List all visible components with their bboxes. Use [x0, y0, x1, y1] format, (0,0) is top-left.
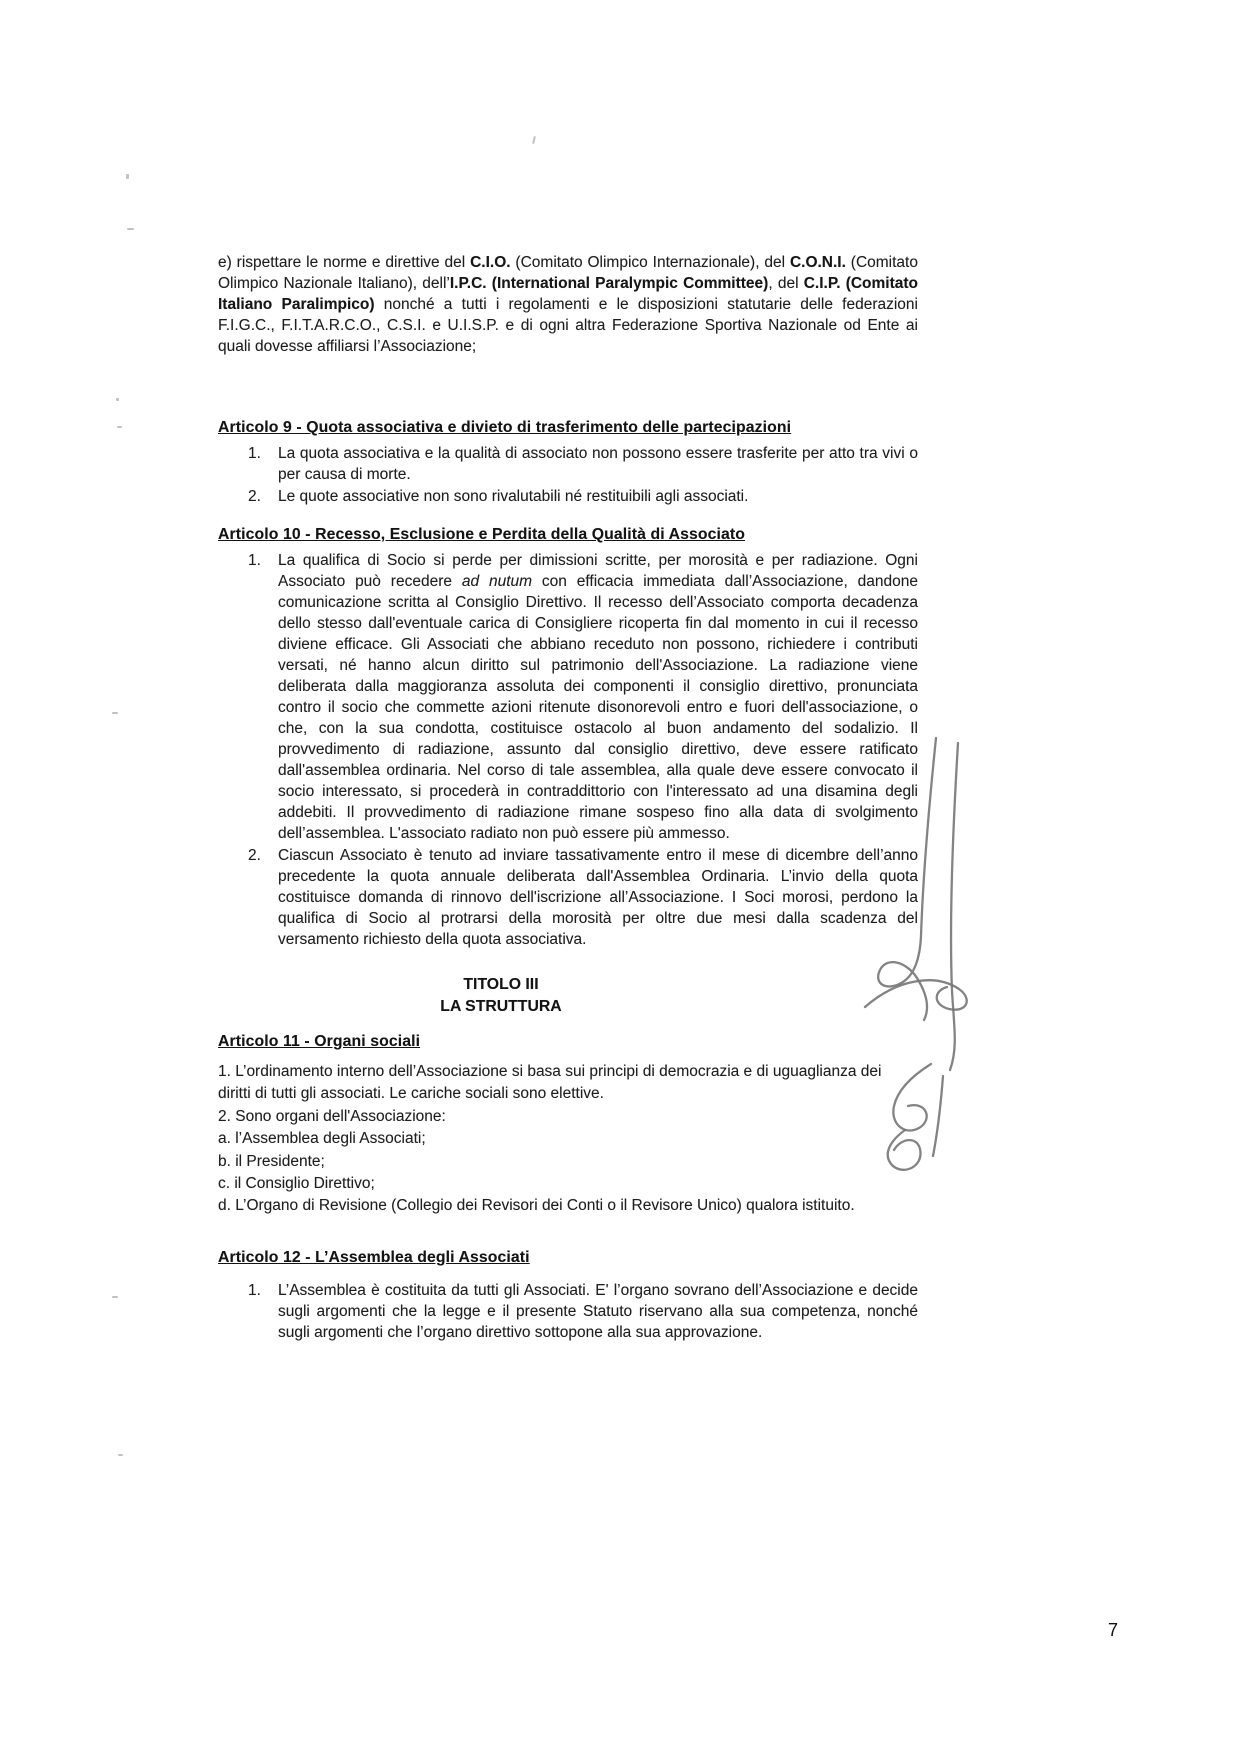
articolo-11-line: b. il Presidente;	[218, 1151, 918, 1173]
list-item: 1. La qualifica di Socio si perde per di…	[218, 550, 918, 844]
scan-artifact	[117, 426, 122, 428]
document-content: e) rispettare le norme e direttive del C…	[218, 252, 918, 1343]
list-item-number: 1.	[248, 443, 278, 464]
scan-artifact	[118, 1454, 123, 1456]
scan-artifact	[532, 136, 536, 144]
scan-artifact	[127, 228, 134, 230]
articolo-11-line: 2. Sono organi dell'Associazione:	[218, 1106, 918, 1128]
articolo-11-heading: Articolo 11 - Organi sociali	[218, 1031, 918, 1052]
clause-text-segment: e) rispettare le norme e direttive del	[218, 254, 470, 271]
list-item-text: La qualifica di Socio si perde per dimis…	[278, 550, 918, 844]
page-number: 7	[1108, 1620, 1118, 1641]
list-item-text: Le quote associative non sono rivalutabi…	[278, 486, 918, 507]
list-item-text: L’Assemblea è costituita da tutti gli As…	[278, 1280, 918, 1343]
clause-bold-coni: C.O.N.I.	[790, 254, 846, 271]
articolo-11-body: 1. L’ordinamento interno dell’Associazio…	[218, 1061, 918, 1218]
list-item-number: 1.	[248, 550, 278, 571]
scan-artifact	[112, 712, 118, 714]
list-item-number: 1.	[248, 1280, 278, 1301]
list-item: 1. L’Assemblea è costituita da tutti gli…	[218, 1280, 918, 1343]
articolo-11-line: 1. L’ordinamento interno dell’Associazio…	[218, 1061, 918, 1106]
articolo-11-line: a. l’Assemblea degli Associati;	[218, 1128, 918, 1150]
scan-artifact	[112, 1296, 118, 1298]
clause-bold-cio: C.I.O.	[470, 254, 510, 271]
list-item: 2. Le quote associative non sono rivalut…	[218, 486, 918, 507]
articolo-12-list: 1. L’Assemblea è costituita da tutti gli…	[218, 1280, 918, 1343]
item-text-segment: con efficacia immediata dall’Associazion…	[278, 573, 918, 842]
titolo-iii-subtitle: LA STRUTTURA	[218, 996, 784, 1018]
clause-bold-ipc: I.P.C. (International Paralympic Committ…	[450, 275, 769, 292]
clause-e-paragraph: e) rispettare le norme e direttive del C…	[218, 252, 918, 357]
titolo-iii-title: TITOLO III	[218, 974, 784, 996]
articolo-11-line: c. il Consiglio Direttivo;	[218, 1173, 918, 1195]
articolo-10-heading: Articolo 10 - Recesso, Esclusione e Perd…	[218, 524, 918, 545]
titolo-iii-block: TITOLO III LA STRUTTURA	[218, 974, 784, 1018]
list-item-number: 2.	[248, 486, 278, 507]
scan-artifact	[126, 174, 129, 179]
signature-handwriting	[835, 726, 985, 1174]
list-item: 1. La quota associativa e la qualità di …	[218, 443, 918, 485]
clause-text-segment: (Comitato Olimpico Internazionale), del	[511, 254, 790, 271]
list-item-number: 2.	[248, 845, 278, 866]
document-page: e) rispettare le norme e direttive del C…	[0, 0, 1241, 1755]
articolo-10-list: 1. La qualifica di Socio si perde per di…	[218, 550, 918, 950]
list-item-text: La quota associativa e la qualità di ass…	[278, 443, 918, 485]
clause-text-segment: , del	[768, 275, 803, 292]
scan-artifact	[116, 398, 119, 401]
list-item-text: Ciascun Associato è tenuto ad inviare ta…	[278, 845, 918, 950]
articolo-12-heading: Articolo 12 - L’Assemblea degli Associat…	[218, 1247, 918, 1268]
list-item: 2. Ciascun Associato è tenuto ad inviare…	[218, 845, 918, 950]
item-italic-ad-nutum: ad nutum	[462, 573, 532, 590]
articolo-9-list: 1. La quota associativa e la qualità di …	[218, 443, 918, 507]
articolo-9-heading: Articolo 9 - Quota associativa e divieto…	[218, 417, 918, 438]
articolo-11-line: d. L’Organo di Revisione (Collegio dei R…	[218, 1195, 918, 1217]
